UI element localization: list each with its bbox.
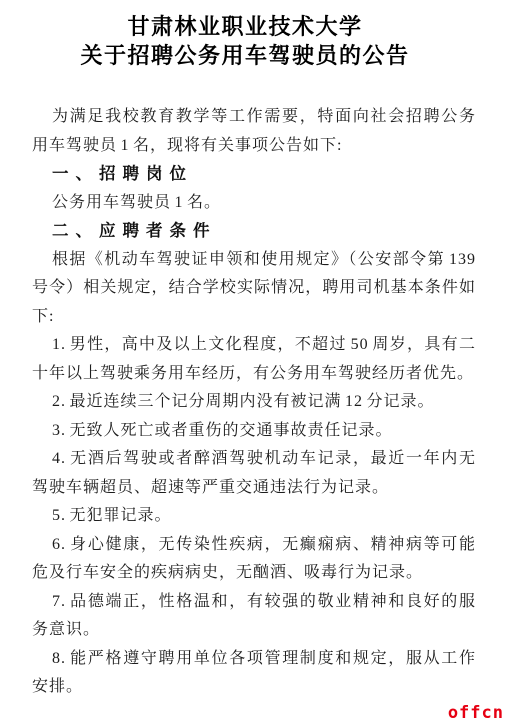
section2-paragraph: 根据《机动车驾驶证申领和使用规定》（公安部令第 139 号令）相关规定，结合学校… bbox=[32, 246, 476, 332]
section1-paragraph: 公务用车驾驶员 1 名。 bbox=[32, 189, 476, 218]
section2-heading: 二、应聘者条件 bbox=[32, 217, 476, 246]
title-line-2: 关于招聘公务用车驾驶员的公告 bbox=[32, 41, 458, 70]
offcn-watermark-logo: offcn bbox=[448, 705, 504, 722]
condition-item-2: 2. 最近连续三个记分周期内没有被记满 12 分记录。 bbox=[32, 388, 476, 417]
condition-item-3: 3. 无致人死亡或者重伤的交通事故责任记录。 bbox=[32, 417, 476, 446]
condition-item-6: 6. 身心健康，无传染性疾病，无癫痫病、精神病等可能危及行车安全的疾病病史，无酗… bbox=[32, 531, 476, 588]
condition-item-4: 4. 无酒后驾驶或者醉酒驾驶机动车记录，最近一年内无驾驶车辆超员、超速等严重交通… bbox=[32, 445, 476, 502]
document-body: 为满足我校教育教学等工作需要，特面向社会招聘公务用车驾驶员 1 名，现将有关事项… bbox=[32, 103, 476, 702]
document-title: 甘肃林业职业技术大学 关于招聘公务用车驾驶员的公告 bbox=[32, 12, 458, 70]
intro-paragraph: 为满足我校教育教学等工作需要，特面向社会招聘公务用车驾驶员 1 名，现将有关事项… bbox=[32, 103, 476, 160]
document-page: 甘肃林业职业技术大学 关于招聘公务用车驾驶员的公告 为满足我校教育教学等工作需要… bbox=[0, 0, 514, 726]
condition-item-7: 7. 品德端正，性格温和，有较强的敬业精神和良好的服务意识。 bbox=[32, 588, 476, 645]
condition-item-1: 1. 男性，高中及以上文化程度，不超过 50 周岁，具有二十年以上驾驶乘务用车经… bbox=[32, 331, 476, 388]
section1-heading: 一、招聘岗位 bbox=[32, 160, 476, 189]
title-line-1: 甘肃林业职业技术大学 bbox=[32, 12, 458, 41]
condition-item-5: 5. 无犯罪记录。 bbox=[32, 502, 476, 531]
condition-item-8: 8. 能严格遵守聘用单位各项管理制度和规定，服从工作安排。 bbox=[32, 645, 476, 702]
